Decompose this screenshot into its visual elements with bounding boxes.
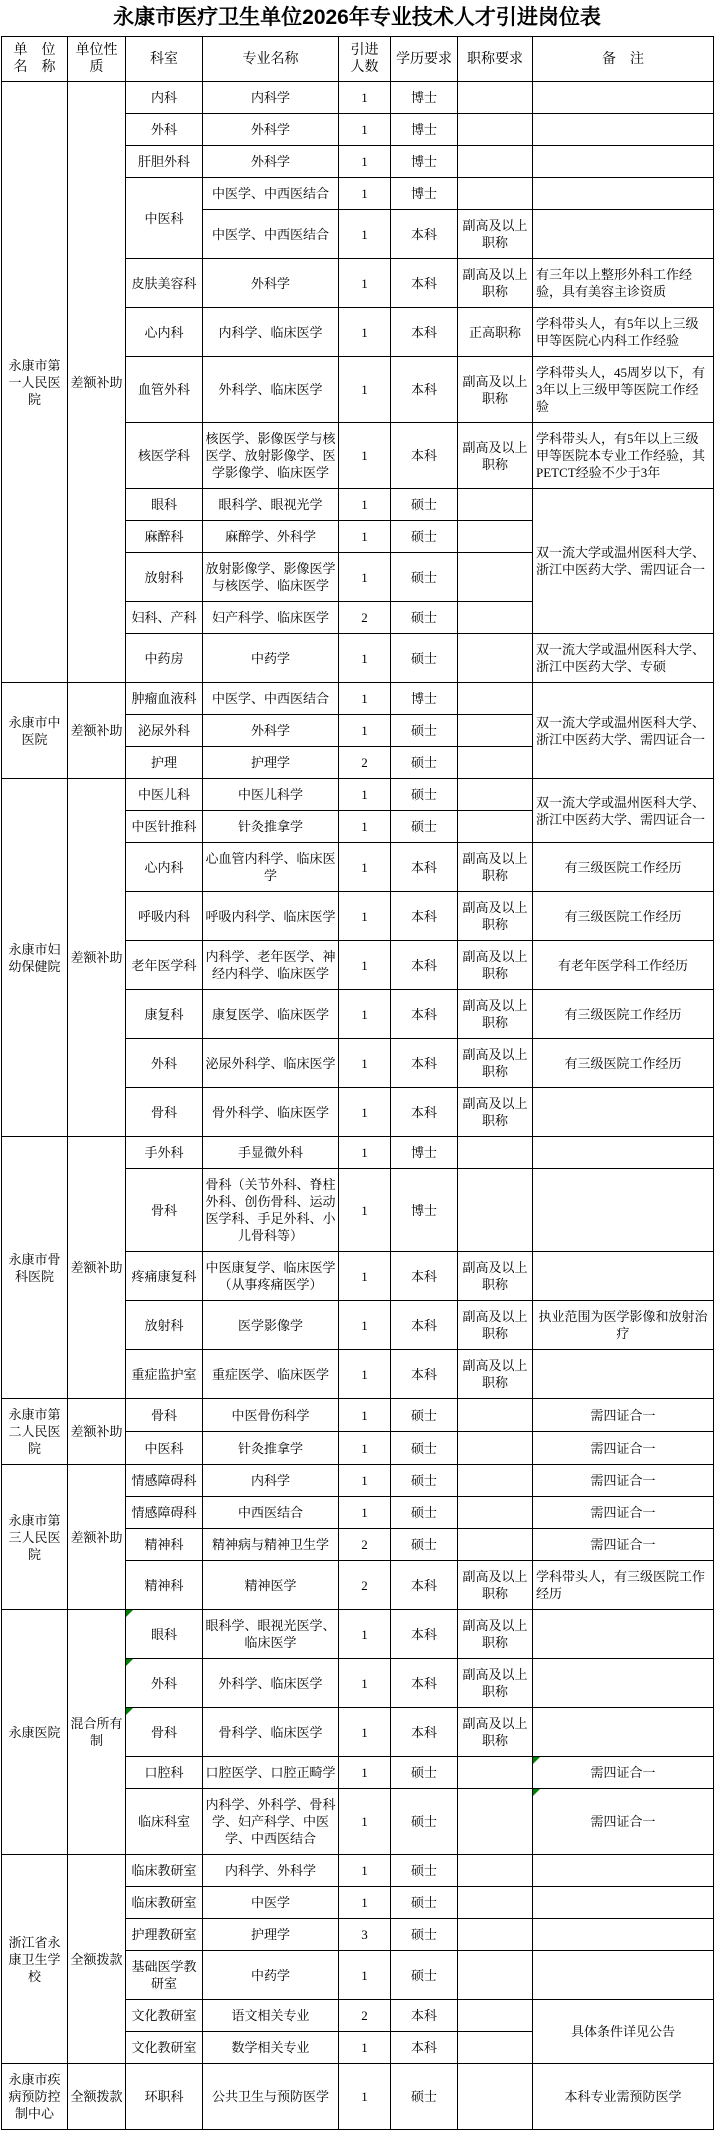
table-cell: 骨科 xyxy=(126,1088,203,1137)
table-cell: 硕士 xyxy=(391,634,458,683)
table-cell: 本科 xyxy=(391,259,458,308)
table-cell: 泌尿外科 xyxy=(126,715,203,747)
table-cell: 硕士 xyxy=(391,602,458,634)
table-cell: 1 xyxy=(339,811,391,843)
table-cell: 1 xyxy=(339,357,391,423)
header-row: 单 位 名 称 单位性 质 科室 专业名称 引进 人数 学历要求 职称要求 备 … xyxy=(2,37,714,82)
table-cell xyxy=(458,146,533,178)
table-cell: 硕士 xyxy=(391,1887,458,1919)
col-header-unit-nature: 单位性 质 xyxy=(68,37,126,82)
table-cell: 手显微外科 xyxy=(203,1137,339,1169)
table-cell: 1 xyxy=(339,553,391,602)
table-cell: 副高及以上职称 xyxy=(458,1659,533,1708)
table-cell: 情感障碍科 xyxy=(126,1465,203,1497)
table-cell: 手外科 xyxy=(126,1137,203,1169)
table-cell: 需四证合一 xyxy=(533,1399,714,1432)
table-cell: 2 xyxy=(339,1529,391,1561)
table-row: 永康市第三人民医院差额补助情感障碍科内科学1硕士需四证合一 xyxy=(2,1465,714,1497)
table-cell: 中药房 xyxy=(126,634,203,683)
table-cell xyxy=(533,114,714,146)
table-cell: 本科 xyxy=(391,2000,458,2032)
table-cell: 双一流大学或温州医科大学、浙江中医药大学、需四证合一 xyxy=(533,489,714,634)
table-cell: 差额补助 xyxy=(68,1465,126,1610)
table-cell: 有三级医院工作经历 xyxy=(533,1039,714,1088)
table-cell: 外科学 xyxy=(203,259,339,308)
table-cell: 永康市妇幼保健院 xyxy=(2,779,68,1137)
table-cell: 本科 xyxy=(391,1659,458,1708)
table-cell xyxy=(458,2032,533,2064)
table-cell: 副高及以上职称 xyxy=(458,990,533,1039)
table-cell: 骨科（关节外科、脊柱外科、创伤骨科、运动医学科、手足外科、小儿骨科等） xyxy=(203,1169,339,1252)
table-cell: 1 xyxy=(339,1951,391,2000)
table-cell: 1 xyxy=(339,259,391,308)
table-cell: 本科 xyxy=(391,1561,458,1610)
table-cell: 本科 xyxy=(391,1039,458,1088)
table-cell: 差额补助 xyxy=(68,779,126,1137)
table-cell: 1 xyxy=(339,521,391,553)
table-cell: 眼科 xyxy=(126,489,203,521)
table-cell: 临床教研室 xyxy=(126,1887,203,1919)
table-cell: 博士 xyxy=(391,114,458,146)
table-cell: 2 xyxy=(339,2000,391,2032)
table-cell: 1 xyxy=(339,1855,391,1887)
table-cell: 本科 xyxy=(391,843,458,892)
table-cell: 永康市疾病预防控制中心 xyxy=(2,2064,68,2130)
table-cell: 骨外科学、临床医学 xyxy=(203,1088,339,1137)
table-cell: 1 xyxy=(339,1350,391,1399)
table-cell: 眼科学、眼视光学 xyxy=(203,489,339,521)
table-cell: 外科学、临床医学 xyxy=(203,357,339,423)
table-cell: 妇科、产科 xyxy=(126,602,203,634)
table-cell: 浙江省永康卫生学校 xyxy=(2,1855,68,2064)
table-cell: 混合所有制 xyxy=(68,1610,126,1855)
table-cell: 1 xyxy=(339,1659,391,1708)
table-cell: 需四证合一 xyxy=(533,1497,714,1529)
table-cell: 文化教研室 xyxy=(126,2032,203,2064)
table-cell: 执业范围为医学影像和放射治疗 xyxy=(533,1301,714,1350)
table-cell: 本科 xyxy=(391,423,458,489)
table-cell: 硕士 xyxy=(391,553,458,602)
table-cell: 核医学科 xyxy=(126,423,203,489)
table-cell: 精神医学 xyxy=(203,1561,339,1610)
table-cell: 心血管内科学、临床医学 xyxy=(203,843,339,892)
table-cell: 永康市中医院 xyxy=(2,683,68,779)
table-cell: 有三级医院工作经历 xyxy=(533,843,714,892)
table-cell xyxy=(533,1350,714,1399)
table-cell: 硕士 xyxy=(391,2064,458,2130)
table-row: 永康医院混合所有制眼科眼科学、眼视光医学、临床医学1本科副高及以上职称 xyxy=(2,1610,714,1659)
table-cell: 中医科 xyxy=(126,1432,203,1465)
table-cell: 中西医结合 xyxy=(203,1497,339,1529)
table-cell: 中医学、中西医结合 xyxy=(203,178,339,210)
table-cell: 康复医学、临床医学 xyxy=(203,990,339,1039)
table-cell: 永康市第二人民医院 xyxy=(2,1399,68,1465)
table-cell: 硕士 xyxy=(391,1757,458,1789)
table-cell: 针灸推拿学 xyxy=(203,811,339,843)
table-cell: 泌尿外科学、临床医学 xyxy=(203,1039,339,1088)
table-cell xyxy=(458,2000,533,2032)
table-cell: 1 xyxy=(339,178,391,210)
col-header-department: 科室 xyxy=(126,37,203,82)
col-header-headcount: 引进 人数 xyxy=(339,37,391,82)
table-cell: 副高及以上职称 xyxy=(458,1088,533,1137)
table-cell xyxy=(458,1399,533,1432)
table-cell: 差额补助 xyxy=(68,683,126,779)
table-cell: 精神科 xyxy=(126,1529,203,1561)
table-cell: 2 xyxy=(339,1561,391,1610)
table-cell: 针灸推拿学 xyxy=(203,1432,339,1465)
table-cell: 1 xyxy=(339,779,391,811)
table-cell: 中药学 xyxy=(203,1951,339,2000)
table-row: 永康市第二人民医院差额补助骨科中医骨伤科学1硕士需四证合一 xyxy=(2,1399,714,1432)
table-cell: 中药学 xyxy=(203,634,339,683)
table-cell: 护理学 xyxy=(203,1919,339,1951)
table-cell: 硕士 xyxy=(391,1789,458,1855)
table-cell: 副高及以上职称 xyxy=(458,423,533,489)
table-cell: 内科学 xyxy=(203,1465,339,1497)
table-cell: 永康市第一人民医院 xyxy=(2,82,68,683)
table-cell: 永康市第三人民医院 xyxy=(2,1465,68,1610)
table-cell: 眼科学、眼视光医学、临床医学 xyxy=(203,1610,339,1659)
table-cell: 1 xyxy=(339,1887,391,1919)
table-cell: 硕士 xyxy=(391,1951,458,2000)
table-cell: 医学影像学 xyxy=(203,1301,339,1350)
table-cell: 本科 xyxy=(391,1708,458,1757)
table-cell: 内科学 xyxy=(203,82,339,114)
table-cell: 语文相关专业 xyxy=(203,2000,339,2032)
table-cell: 本科 xyxy=(391,357,458,423)
table-cell: 心内科 xyxy=(126,308,203,357)
table-cell: 本科 xyxy=(391,2032,458,2064)
table-body: 永康市第一人民医院差额补助内科内科学1博士外科外科学1博士肝胆外科外科学1博士中… xyxy=(2,82,714,2130)
table-cell: 1 xyxy=(339,941,391,990)
table-cell: 康复科 xyxy=(126,990,203,1039)
flagged-table-cell: 骨科 xyxy=(126,1708,203,1757)
table-cell: 硕士 xyxy=(391,489,458,521)
table-row: 永康市疾病预防控制中心全额拨款环职科公共卫生与预防医学1硕士本科专业需预防医学 xyxy=(2,2064,714,2130)
table-cell xyxy=(533,82,714,114)
table-cell: 1 xyxy=(339,1169,391,1252)
table-cell xyxy=(458,1465,533,1497)
table-cell xyxy=(458,747,533,779)
table-cell: 1 xyxy=(339,423,391,489)
table-cell: 本科 xyxy=(391,1252,458,1301)
table-cell: 麻醉学、外科学 xyxy=(203,521,339,553)
table-cell: 临床科室 xyxy=(126,1789,203,1855)
table-row: 永康市第一人民医院差额补助内科内科学1博士 xyxy=(2,82,714,114)
table-cell: 护理教研室 xyxy=(126,1919,203,1951)
table-cell xyxy=(458,1855,533,1887)
table-cell xyxy=(533,1887,714,1919)
table-cell: 皮肤美容科 xyxy=(126,259,203,308)
table-cell: 博士 xyxy=(391,178,458,210)
table-cell xyxy=(458,178,533,210)
table-cell: 内科学、临床医学 xyxy=(203,308,339,357)
table-cell: 永康医院 xyxy=(2,1610,68,1855)
table-cell: 1 xyxy=(339,1757,391,1789)
table-cell: 护理学 xyxy=(203,747,339,779)
table-cell: 2 xyxy=(339,747,391,779)
flagged-table-cell: 需四证合一 xyxy=(533,1757,714,1789)
table-cell: 重症监护室 xyxy=(126,1350,203,1399)
table-cell: 中医儿科学 xyxy=(203,779,339,811)
table-cell: 外科学 xyxy=(203,715,339,747)
table-cell xyxy=(458,82,533,114)
table-cell: 核医学、影像医学与核医学、放射影像学、医学影像学、临床医学 xyxy=(203,423,339,489)
col-header-major: 专业名称 xyxy=(203,37,339,82)
table-cell: 内科学、老年医学、神经内科学、临床医学 xyxy=(203,941,339,990)
table-cell xyxy=(458,1757,533,1789)
table-cell xyxy=(533,178,714,210)
table-cell: 副高及以上职称 xyxy=(458,941,533,990)
table-cell: 1 xyxy=(339,1789,391,1855)
table-cell: 硕士 xyxy=(391,747,458,779)
table-cell xyxy=(533,1137,714,1169)
table-cell xyxy=(458,715,533,747)
table-cell: 肝胆外科 xyxy=(126,146,203,178)
table-cell: 本科专业需预防医学 xyxy=(533,2064,714,2130)
table-cell: 精神科 xyxy=(126,1561,203,1610)
table-cell xyxy=(458,1919,533,1951)
table-cell: 硕士 xyxy=(391,1432,458,1465)
table-cell: 有三级医院工作经历 xyxy=(533,990,714,1039)
table-cell: 1 xyxy=(339,308,391,357)
table-cell xyxy=(458,553,533,602)
table-cell: 1 xyxy=(339,82,391,114)
table-cell: 1 xyxy=(339,2032,391,2064)
table-cell xyxy=(458,602,533,634)
table-cell: 中医学、中西医结合 xyxy=(203,683,339,715)
table-cell: 副高及以上职称 xyxy=(458,1252,533,1301)
table-cell: 本科 xyxy=(391,1610,458,1659)
table-cell: 博士 xyxy=(391,82,458,114)
table-cell xyxy=(458,683,533,715)
table-cell: 本科 xyxy=(391,941,458,990)
col-header-remarks: 备 注 xyxy=(533,37,714,82)
page-title: 永康市医疗卫生单位2026年专业技术人才引进岗位表 xyxy=(0,0,714,36)
table-cell: 外科学 xyxy=(203,114,339,146)
table-cell: 中医康复学、临床医学（从事疼痛医学） xyxy=(203,1252,339,1301)
table-cell: 全额拨款 xyxy=(68,2064,126,2130)
table-cell: 1 xyxy=(339,489,391,521)
table-cell: 具体条件详见公告 xyxy=(533,2000,714,2064)
table-cell: 有三年以上整形外科工作经验，具有美容主诊资质 xyxy=(533,259,714,308)
table-cell: 副高及以上职称 xyxy=(458,1708,533,1757)
table-cell: 博士 xyxy=(391,683,458,715)
table-cell: 1 xyxy=(339,1252,391,1301)
table-cell: 1 xyxy=(339,1465,391,1497)
table-cell: 1 xyxy=(339,1301,391,1350)
table-cell: 博士 xyxy=(391,146,458,178)
table-cell: 永康市骨科医院 xyxy=(2,1137,68,1399)
table-row: 永康市妇幼保健院差额补助中医儿科中医儿科学1硕士双一流大学或温州医科大学、浙江中… xyxy=(2,779,714,811)
table-cell: 情感障碍科 xyxy=(126,1497,203,1529)
table-cell: 1 xyxy=(339,990,391,1039)
table-cell: 心内科 xyxy=(126,843,203,892)
table-cell: 骨科学、临床医学 xyxy=(203,1708,339,1757)
table-cell: 需四证合一 xyxy=(533,1465,714,1497)
table-cell: 中医针推科 xyxy=(126,811,203,843)
table-cell: 本科 xyxy=(391,1350,458,1399)
table-cell: 副高及以上职称 xyxy=(458,892,533,941)
table-cell: 硕士 xyxy=(391,1529,458,1561)
table-cell xyxy=(458,521,533,553)
table-cell: 老年医学科 xyxy=(126,941,203,990)
table-cell: 1 xyxy=(339,146,391,178)
table-cell: 博士 xyxy=(391,1137,458,1169)
table-cell: 副高及以上职称 xyxy=(458,1350,533,1399)
table-cell xyxy=(458,1789,533,1855)
page: 永康市医疗卫生单位2026年专业技术人才引进岗位表 单 位 名 称 单位性 质 … xyxy=(0,0,714,2130)
table-cell: 学科带头人，45周岁以下，有3年以上三级甲等医院工作经验 xyxy=(533,357,714,423)
table-cell: 学科带头人，有三级医院工作经历 xyxy=(533,1561,714,1610)
table-cell xyxy=(458,1432,533,1465)
table-cell: 学科带头人，有5年以上三级甲等医院本专业工作经验，其PETCT经验不少于3年 xyxy=(533,423,714,489)
table-cell: 硕士 xyxy=(391,1919,458,1951)
table-cell: 中医骨伤科学 xyxy=(203,1399,339,1432)
table-cell: 中医科 xyxy=(126,178,203,259)
table-cell: 内科学、外科学 xyxy=(203,1855,339,1887)
flagged-table-cell: 眼科 xyxy=(126,1610,203,1659)
table-cell: 有老年医学科工作经历 xyxy=(533,941,714,990)
table-cell: 博士 xyxy=(391,1169,458,1252)
table-cell: 副高及以上职称 xyxy=(458,1610,533,1659)
table-cell: 麻醉科 xyxy=(126,521,203,553)
table-cell xyxy=(533,1252,714,1301)
table-cell: 放射科 xyxy=(126,553,203,602)
table-cell: 3 xyxy=(339,1919,391,1951)
table-cell: 副高及以上职称 xyxy=(458,843,533,892)
table-cell: 本科 xyxy=(391,892,458,941)
table-cell: 1 xyxy=(339,1039,391,1088)
table-cell xyxy=(458,489,533,521)
table-cell: 外科 xyxy=(126,114,203,146)
flagged-table-cell: 需四证合一 xyxy=(533,1789,714,1855)
table-cell: 有三级医院工作经历 xyxy=(533,892,714,941)
table-cell: 外科学 xyxy=(203,146,339,178)
table-cell: 本科 xyxy=(391,1088,458,1137)
table-cell xyxy=(533,1659,714,1708)
table-cell: 肿瘤血液科 xyxy=(126,683,203,715)
col-header-education: 学历要求 xyxy=(391,37,458,82)
table-cell: 本科 xyxy=(391,308,458,357)
table-cell xyxy=(533,146,714,178)
table-cell: 本科 xyxy=(391,210,458,259)
table-cell: 1 xyxy=(339,1497,391,1529)
table-cell: 硕士 xyxy=(391,1855,458,1887)
table-cell: 需四证合一 xyxy=(533,1529,714,1561)
table-cell: 副高及以上职称 xyxy=(458,357,533,423)
table-cell: 内科 xyxy=(126,82,203,114)
table-cell: 放射影像学、影像医学与核医学、临床医学 xyxy=(203,553,339,602)
table-cell: 1 xyxy=(339,1399,391,1432)
table-cell: 公共卫生与预防医学 xyxy=(203,2064,339,2130)
table-cell: 全额拨款 xyxy=(68,1855,126,2064)
table-cell: 正高职称 xyxy=(458,308,533,357)
table-cell: 口腔科 xyxy=(126,1757,203,1789)
table-cell: 精神病与精神卫生学 xyxy=(203,1529,339,1561)
table-cell: 硕士 xyxy=(391,715,458,747)
table-cell xyxy=(533,1855,714,1887)
table-cell: 呼吸内科 xyxy=(126,892,203,941)
table-cell xyxy=(458,114,533,146)
table-cell: 疼痛康复科 xyxy=(126,1252,203,1301)
table-cell: 1 xyxy=(339,683,391,715)
table-cell xyxy=(458,1169,533,1252)
table-cell: 硕士 xyxy=(391,811,458,843)
table-cell: 血管外科 xyxy=(126,357,203,423)
table-cell: 副高及以上职称 xyxy=(458,210,533,259)
table-cell: 中医学、中西医结合 xyxy=(203,210,339,259)
table-cell: 骨科 xyxy=(126,1169,203,1252)
table-cell: 护理 xyxy=(126,747,203,779)
positions-table: 单 位 名 称 单位性 质 科室 专业名称 引进 人数 学历要求 职称要求 备 … xyxy=(1,36,714,2130)
table-cell xyxy=(458,1497,533,1529)
table-cell: 学科带头人，有5年以上三级甲等医院心内科工作经验 xyxy=(533,308,714,357)
table-cell: 1 xyxy=(339,114,391,146)
table-cell: 中医儿科 xyxy=(126,779,203,811)
table-cell xyxy=(458,811,533,843)
table-cell xyxy=(533,1951,714,2000)
table-cell: 双一流大学或温州医科大学、浙江中医药大学、需四证合一 xyxy=(533,779,714,843)
table-cell: 2 xyxy=(339,602,391,634)
table-cell xyxy=(533,210,714,259)
table-cell: 内科学、外科学、骨科学、妇产科学、中医学、中西医结合 xyxy=(203,1789,339,1855)
table-cell xyxy=(458,1137,533,1169)
table-row: 浙江省永康卫生学校全额拨款临床教研室内科学、外科学1硕士 xyxy=(2,1855,714,1887)
table-cell: 双一流大学或温州医科大学、浙江中医药大学、需四证合一 xyxy=(533,683,714,779)
table-cell: 外科学、临床医学 xyxy=(203,1659,339,1708)
table-cell: 妇产科学、临床医学 xyxy=(203,602,339,634)
table-cell: 硕士 xyxy=(391,1465,458,1497)
table-cell: 放射科 xyxy=(126,1301,203,1350)
table-cell: 1 xyxy=(339,715,391,747)
table-cell: 差额补助 xyxy=(68,1137,126,1399)
table-cell xyxy=(458,1951,533,2000)
table-cell: 1 xyxy=(339,210,391,259)
table-cell: 1 xyxy=(339,634,391,683)
table-cell: 口腔医学、口腔正畸学 xyxy=(203,1757,339,1789)
table-cell xyxy=(458,634,533,683)
table-cell: 副高及以上职称 xyxy=(458,1561,533,1610)
table-cell: 1 xyxy=(339,1708,391,1757)
table-cell: 基础医学教研室 xyxy=(126,1951,203,2000)
table-cell: 本科 xyxy=(391,990,458,1039)
table-cell: 硕士 xyxy=(391,521,458,553)
table-cell: 数学相关专业 xyxy=(203,2032,339,2064)
table-cell: 1 xyxy=(339,843,391,892)
table-cell: 本科 xyxy=(391,1301,458,1350)
table-cell: 环职科 xyxy=(126,2064,203,2130)
table-cell: 骨科 xyxy=(126,1399,203,1432)
table-cell: 差额补助 xyxy=(68,82,126,683)
table-cell: 重症医学、临床医学 xyxy=(203,1350,339,1399)
table-cell xyxy=(533,1610,714,1659)
table-cell: 1 xyxy=(339,1610,391,1659)
table-cell xyxy=(533,1708,714,1757)
table-cell xyxy=(533,1088,714,1137)
table-cell: 文化教研室 xyxy=(126,2000,203,2032)
col-header-unit-name: 单 位 名 称 xyxy=(2,37,68,82)
table-cell: 硕士 xyxy=(391,1497,458,1529)
table-cell: 硕士 xyxy=(391,779,458,811)
table-cell: 副高及以上职称 xyxy=(458,1301,533,1350)
table-cell: 需四证合一 xyxy=(533,1432,714,1465)
table-cell: 双一流大学或温州医科大学、浙江中医药大学、专硕 xyxy=(533,634,714,683)
table-cell: 临床教研室 xyxy=(126,1855,203,1887)
table-row: 永康市骨科医院差额补助手外科手显微外科1博士 xyxy=(2,1137,714,1169)
table-cell: 外科 xyxy=(126,1039,203,1088)
